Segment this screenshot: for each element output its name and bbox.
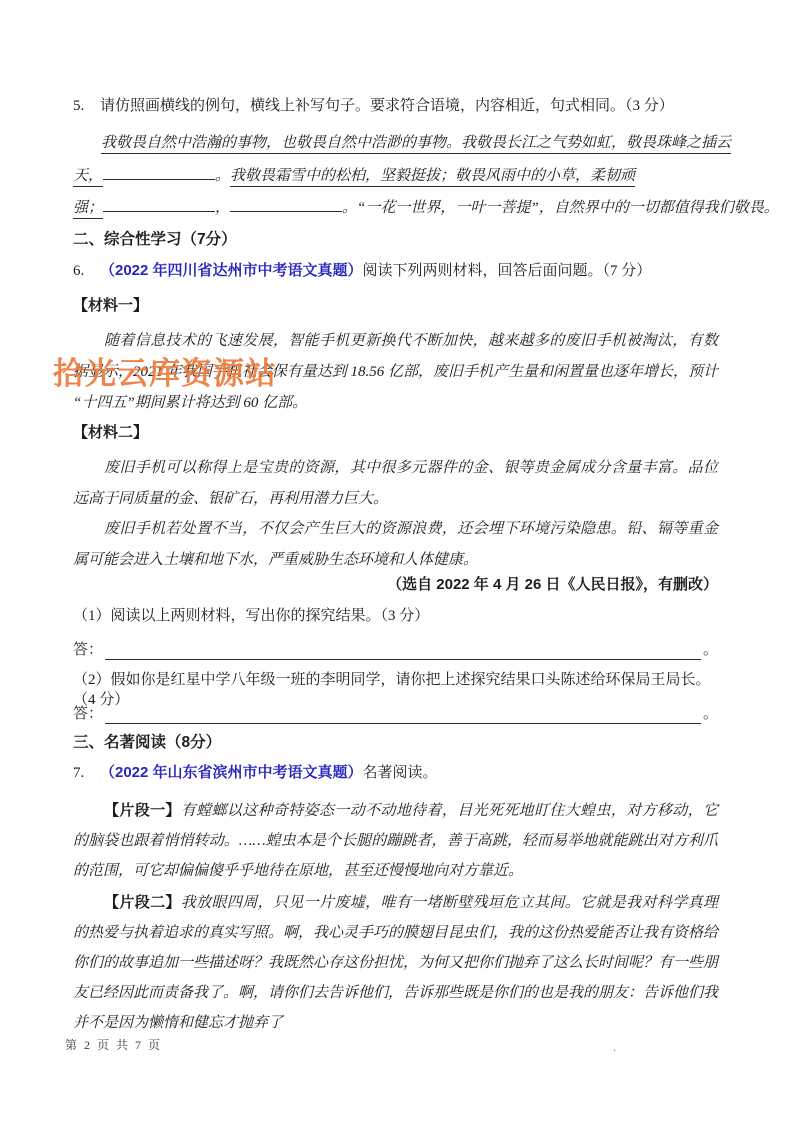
material-2-label: 【材料二】: [73, 421, 718, 442]
stray-dot: .: [613, 1040, 616, 1055]
question-5: 5. 请仿照画横线的例句，横线上补写句子。要求符合语境，内容相近，句式相同。（3…: [73, 96, 718, 116]
section-2-heading: 二、综合性学习（7分）: [73, 230, 718, 250]
answer-1-label: 答：: [73, 640, 103, 660]
material-2-paragraph-1: 废旧手机可以称得上是宝贵的资源，其中很多元器件的金、银等贵金属成分含量丰富。品位…: [73, 453, 718, 515]
example-sentence-line-1: 我敬畏自然中浩瀚的事物，也敬畏自然中浩渺的事物。我敬畏长江之气势如虹，敬畏珠峰之…: [73, 133, 718, 153]
watermark-text: 拾光云库资源站: [53, 348, 277, 393]
question-6-prompt: 阅读下列两则材料，回答后面问题。（7 分）: [363, 261, 652, 281]
example-line-1-text: 我敬畏自然中浩瀚的事物，也敬畏自然中浩渺的事物。我敬畏长江之气势如虹，敬畏珠峰之…: [101, 135, 731, 154]
question-6: 6. （2022 年四川省达州市中考语文真题） 阅读下列两则材料，回答后面问题。…: [73, 261, 718, 281]
fragment-2-text: 我放眼四周，只见一片废墟，唯有一堵断壁残垣危立其间。它就是我对科学真理的热爱与执…: [73, 895, 718, 1031]
answer-line-1: 答： 。: [73, 638, 718, 660]
page-number-footer: 第 2 页 共 7 页: [65, 1036, 162, 1053]
example-line-2-rest: 我敬畏霜雪中的松柏，坚毅挺拔；敬畏风雨中的小草，柔韧顽: [230, 168, 635, 187]
fragment-1-label: 【片段一】: [104, 802, 181, 819]
answer-2-label: 答：: [73, 704, 103, 724]
example-line-2-period: 。: [215, 168, 230, 184]
question-6-number: 6.: [73, 261, 100, 281]
question-6-source-tag: （2022 年四川省达州市中考语文真题）: [100, 261, 363, 281]
question-7-prompt: 名著阅读。: [363, 763, 438, 783]
example-line-3-comma: ，: [215, 200, 230, 216]
example-line-2-start: 天，: [73, 168, 103, 187]
question-7-source-tag: （2022 年山东省滨州市中考语文真题）: [100, 763, 363, 783]
fill-in-blank-3: [230, 197, 342, 212]
material-2-paragraph-2: 废旧手机若处置不当，不仅会产生巨大的资源浪费，还会埋下环境污染隐患。铅、镉等重金…: [73, 514, 718, 576]
fill-in-blank-1: [103, 165, 215, 180]
answer-1-blank: [105, 637, 701, 660]
answer-2-period: 。: [703, 704, 718, 724]
fragment-1-paragraph: 【片段一】有螳螂以这种奇特姿态一动不动地待着，目光死死地盯住大蝗虫，对方移动，它…: [73, 796, 718, 886]
example-line-3-rest: “一花一世界，一叶一菩提”，自然界中的一切都值得我们敬畏。: [357, 200, 779, 216]
example-line-3-start: 强；: [73, 200, 103, 219]
answer-2-blank: [105, 701, 701, 724]
sub-question-1-prompt: （1）阅读以上两则材料，写出你的探究结果。（3 分）: [73, 606, 718, 626]
answer-1-period: 。: [703, 640, 718, 660]
question-7: 7. （2022 年山东省滨州市中考语文真题） 名著阅读。: [73, 763, 718, 783]
question-7-number: 7.: [73, 763, 100, 783]
example-sentence-line-3: 强；，。“一花一世界，一叶一菩提”，自然界中的一切都值得我们敬畏。: [73, 197, 718, 218]
fragment-2-paragraph: 【片段二】我放眼四周，只见一片废墟，唯有一堵断壁残垣危立其间。它就是我对科学真理…: [73, 888, 718, 1038]
example-line-3-period: 。: [342, 200, 357, 216]
example-sentence-line-2: 天，。我敬畏霜雪中的松柏，坚毅挺拔；敬畏风雨中的小草，柔韧顽: [73, 165, 718, 186]
section-3-heading: 三、名著阅读（8分）: [73, 733, 718, 753]
question-5-prompt: 请仿照画横线的例句，横线上补写句子。要求符合语境，内容相近，句式相同。（3 分）: [100, 96, 674, 116]
answer-line-2: 答： 。: [73, 702, 718, 724]
question-5-number: 5.: [73, 96, 100, 116]
material-1-label: 【材料一】: [73, 294, 718, 315]
fragment-2-label: 【片段二】: [104, 894, 181, 911]
fill-in-blank-2: [103, 197, 215, 212]
source-attribution: （选自 2022 年 4 月 26 日《人民日报》，有删改）: [73, 575, 718, 595]
exam-document-page: 拾光云库资源站 5. 请仿照画横线的例句，横线上补写句子。要求符合语境，内容相近…: [0, 0, 793, 1122]
